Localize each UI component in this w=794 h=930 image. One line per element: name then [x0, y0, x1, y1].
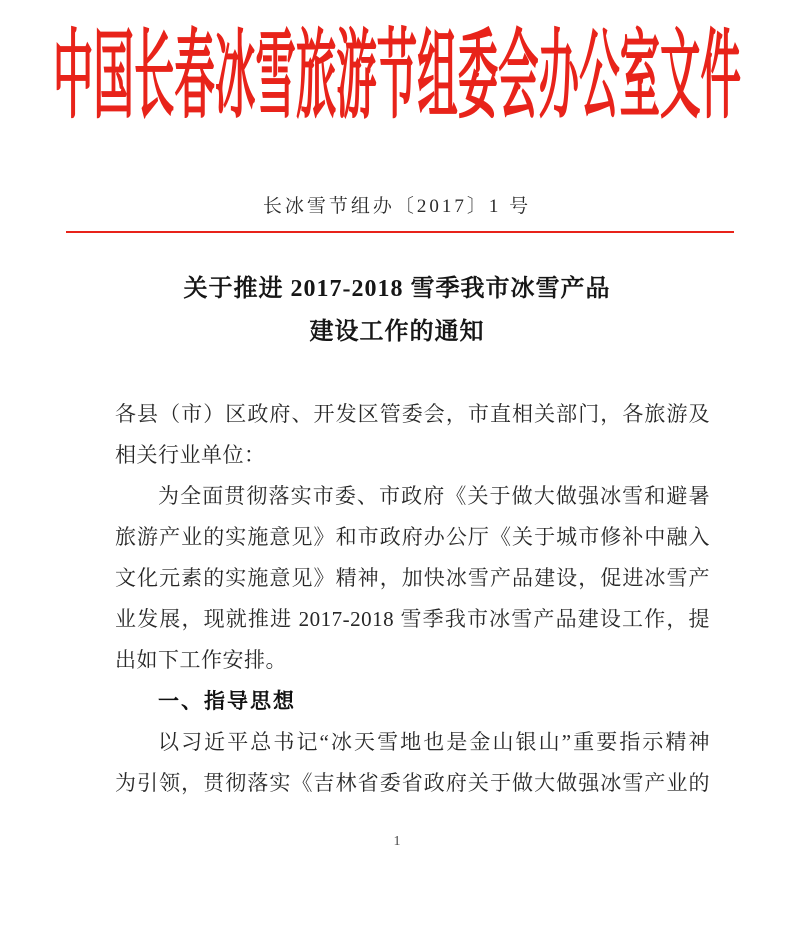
- body-line: 各县（市）区政府、开发区管委会，市直相关部门，各旅游及: [115, 394, 710, 435]
- body-line: 以习近平总书记“冰天雪地也是金山银山”重要指示精神: [115, 722, 710, 763]
- red-separator-line: [66, 231, 734, 233]
- body-line: 业发展，现就推进 2017-2018 雪季我市冰雪产品建设工作，提: [115, 599, 710, 640]
- section-heading: 一、指导思想: [115, 681, 710, 722]
- document-number: 长冰雪节组办〔2017〕1 号: [0, 191, 794, 218]
- document-body: 各县（市）区政府、开发区管委会，市直相关部门，各旅游及 相关行业单位： 为全面贯…: [115, 394, 710, 804]
- document-title-line2: 建设工作的通知: [0, 311, 794, 354]
- document-page: 中国长春冰雪旅游节组委会办公室文件 长冰雪节组办〔2017〕1 号 关于推进 2…: [0, 0, 794, 930]
- banner-title-text: 中国长春冰雪旅游节组委会办公室文件: [53, 23, 741, 126]
- page-number: 1: [0, 834, 794, 850]
- body-line: 旅游产业的实施意见》和市政府办公厅《关于城市修补中融入: [115, 517, 710, 558]
- body-line: 为引领，贯彻落实《吉林省委省政府关于做大做强冰雪产业的: [115, 763, 710, 804]
- body-line: 文化元素的实施意见》精神，加快冰雪产品建设，促进冰雪产: [115, 558, 710, 599]
- document-title-line1: 关于推进 2017-2018 雪季我市冰雪产品: [0, 268, 794, 311]
- body-line: 出如下工作安排。: [115, 640, 710, 681]
- body-line: 相关行业单位：: [115, 435, 710, 476]
- document-title: 关于推进 2017-2018 雪季我市冰雪产品 建设工作的通知: [0, 268, 794, 354]
- banner-svg: 中国长春冰雪旅游节组委会办公室文件: [49, 14, 745, 126]
- red-header-banner: 中国长春冰雪旅游节组委会办公室文件: [49, 14, 745, 126]
- body-line: 为全面贯彻落实市委、市政府《关于做大做强冰雪和避暑: [115, 476, 710, 517]
